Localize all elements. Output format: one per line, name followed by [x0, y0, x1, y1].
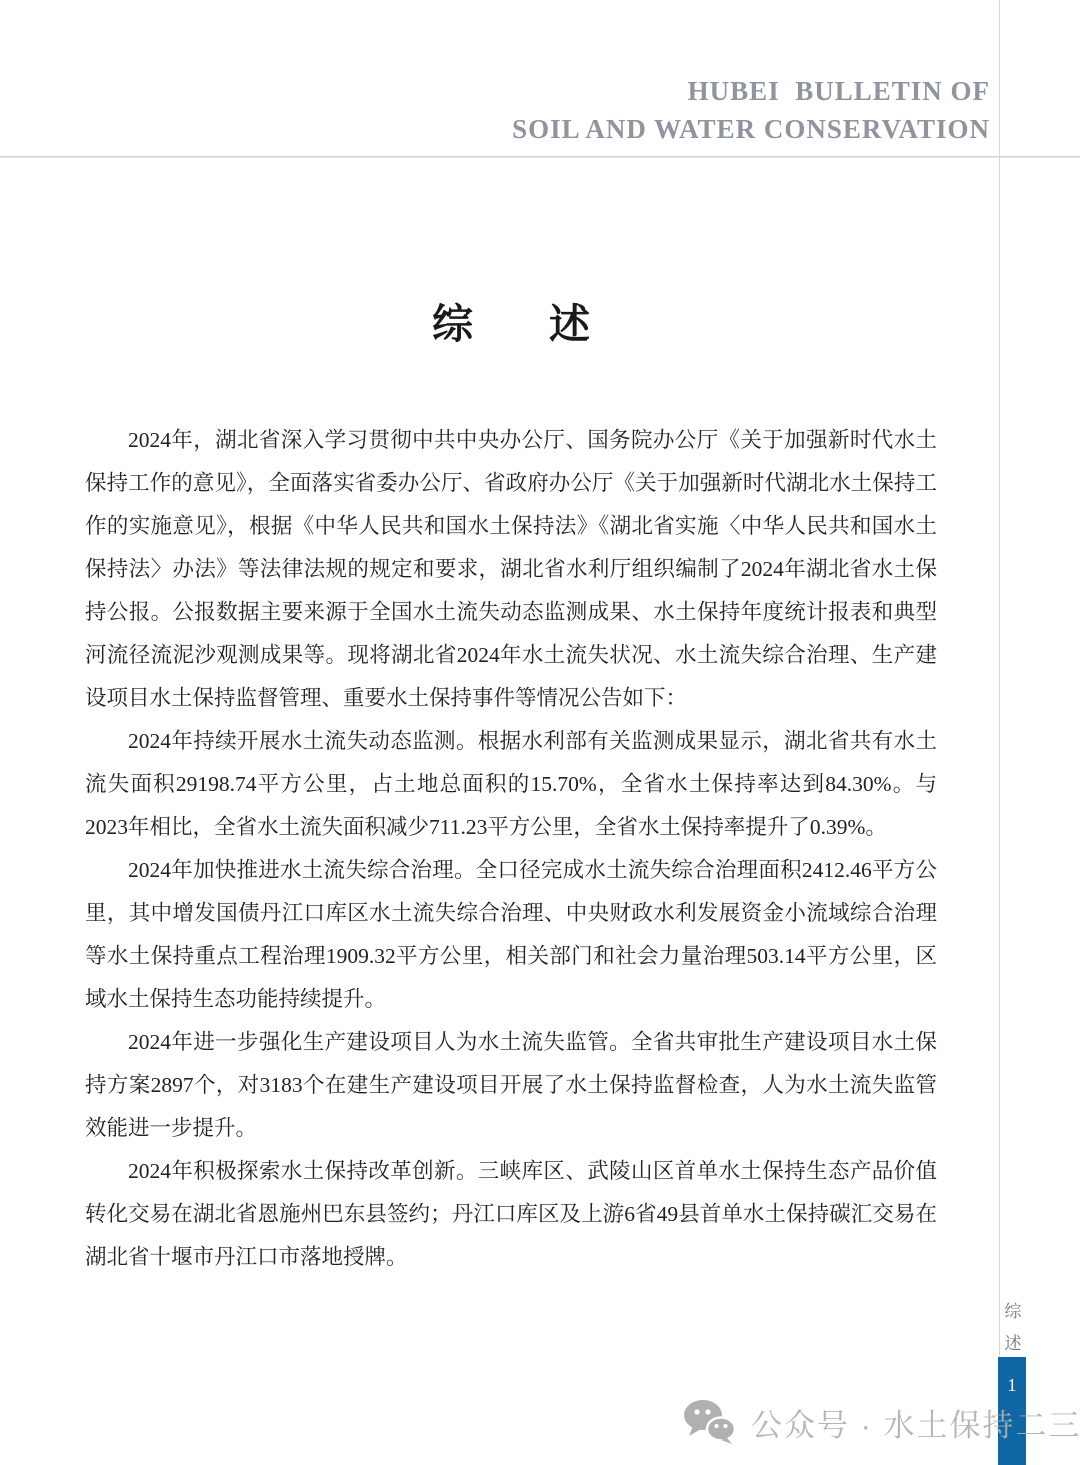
paragraph-comprehensive-treatment: 2024年加快推进水土流失综合治理。全口径完成水土流失综合治理面积2412.46…: [85, 849, 937, 1021]
paragraph-overview-intro: 2024年，湖北省深入学习贯彻中共中央办公厅、国务院办公厅《关于加强新时代水土保…: [85, 419, 937, 720]
bulletin-header-en: HUBEI BULLETIN OF SOIL AND WATER CONSERV…: [512, 72, 990, 148]
watermark: 公众号 · 水土保持二三: [683, 1396, 1080, 1448]
paragraph-reform-innovation: 2024年积极探索水土保持改革创新。三峡库区、武陵山区首单水土保持生态产品价值转…: [85, 1150, 937, 1279]
body-text: 2024年，湖北省深入学习贯彻中共中央办公厅、国务院办公厅《关于加强新时代水土保…: [85, 419, 937, 1279]
page-title: 综 述: [85, 301, 937, 347]
paragraph-supervision: 2024年进一步强化生产建设项目人为水土流失监管。全省共审批生产建设项目水土保持…: [85, 1021, 937, 1150]
page-title-char-1: 综: [432, 301, 473, 347]
sidebar-section-label: 综 述: [1001, 1296, 1025, 1360]
watermark-text: 公众号 · 水土保持二三: [751, 1400, 1080, 1445]
sidebar-section-label-char-2: 述: [1001, 1328, 1025, 1360]
sidebar-section-label-char-1: 综: [1001, 1296, 1025, 1328]
header-rule: [0, 156, 1080, 158]
page-title-char-2: 述: [549, 301, 590, 347]
paragraph-monitoring: 2024年持续开展水土流失动态监测。根据水利部有关监测成果显示，湖北省共有水土流…: [85, 720, 937, 849]
document-page: HUBEI BULLETIN OF SOIL AND WATER CONSERV…: [0, 0, 1080, 1465]
wechat-icon: [683, 1399, 737, 1445]
page-number: 1: [998, 1375, 1026, 1396]
right-margin-rule: [999, 0, 1000, 1358]
